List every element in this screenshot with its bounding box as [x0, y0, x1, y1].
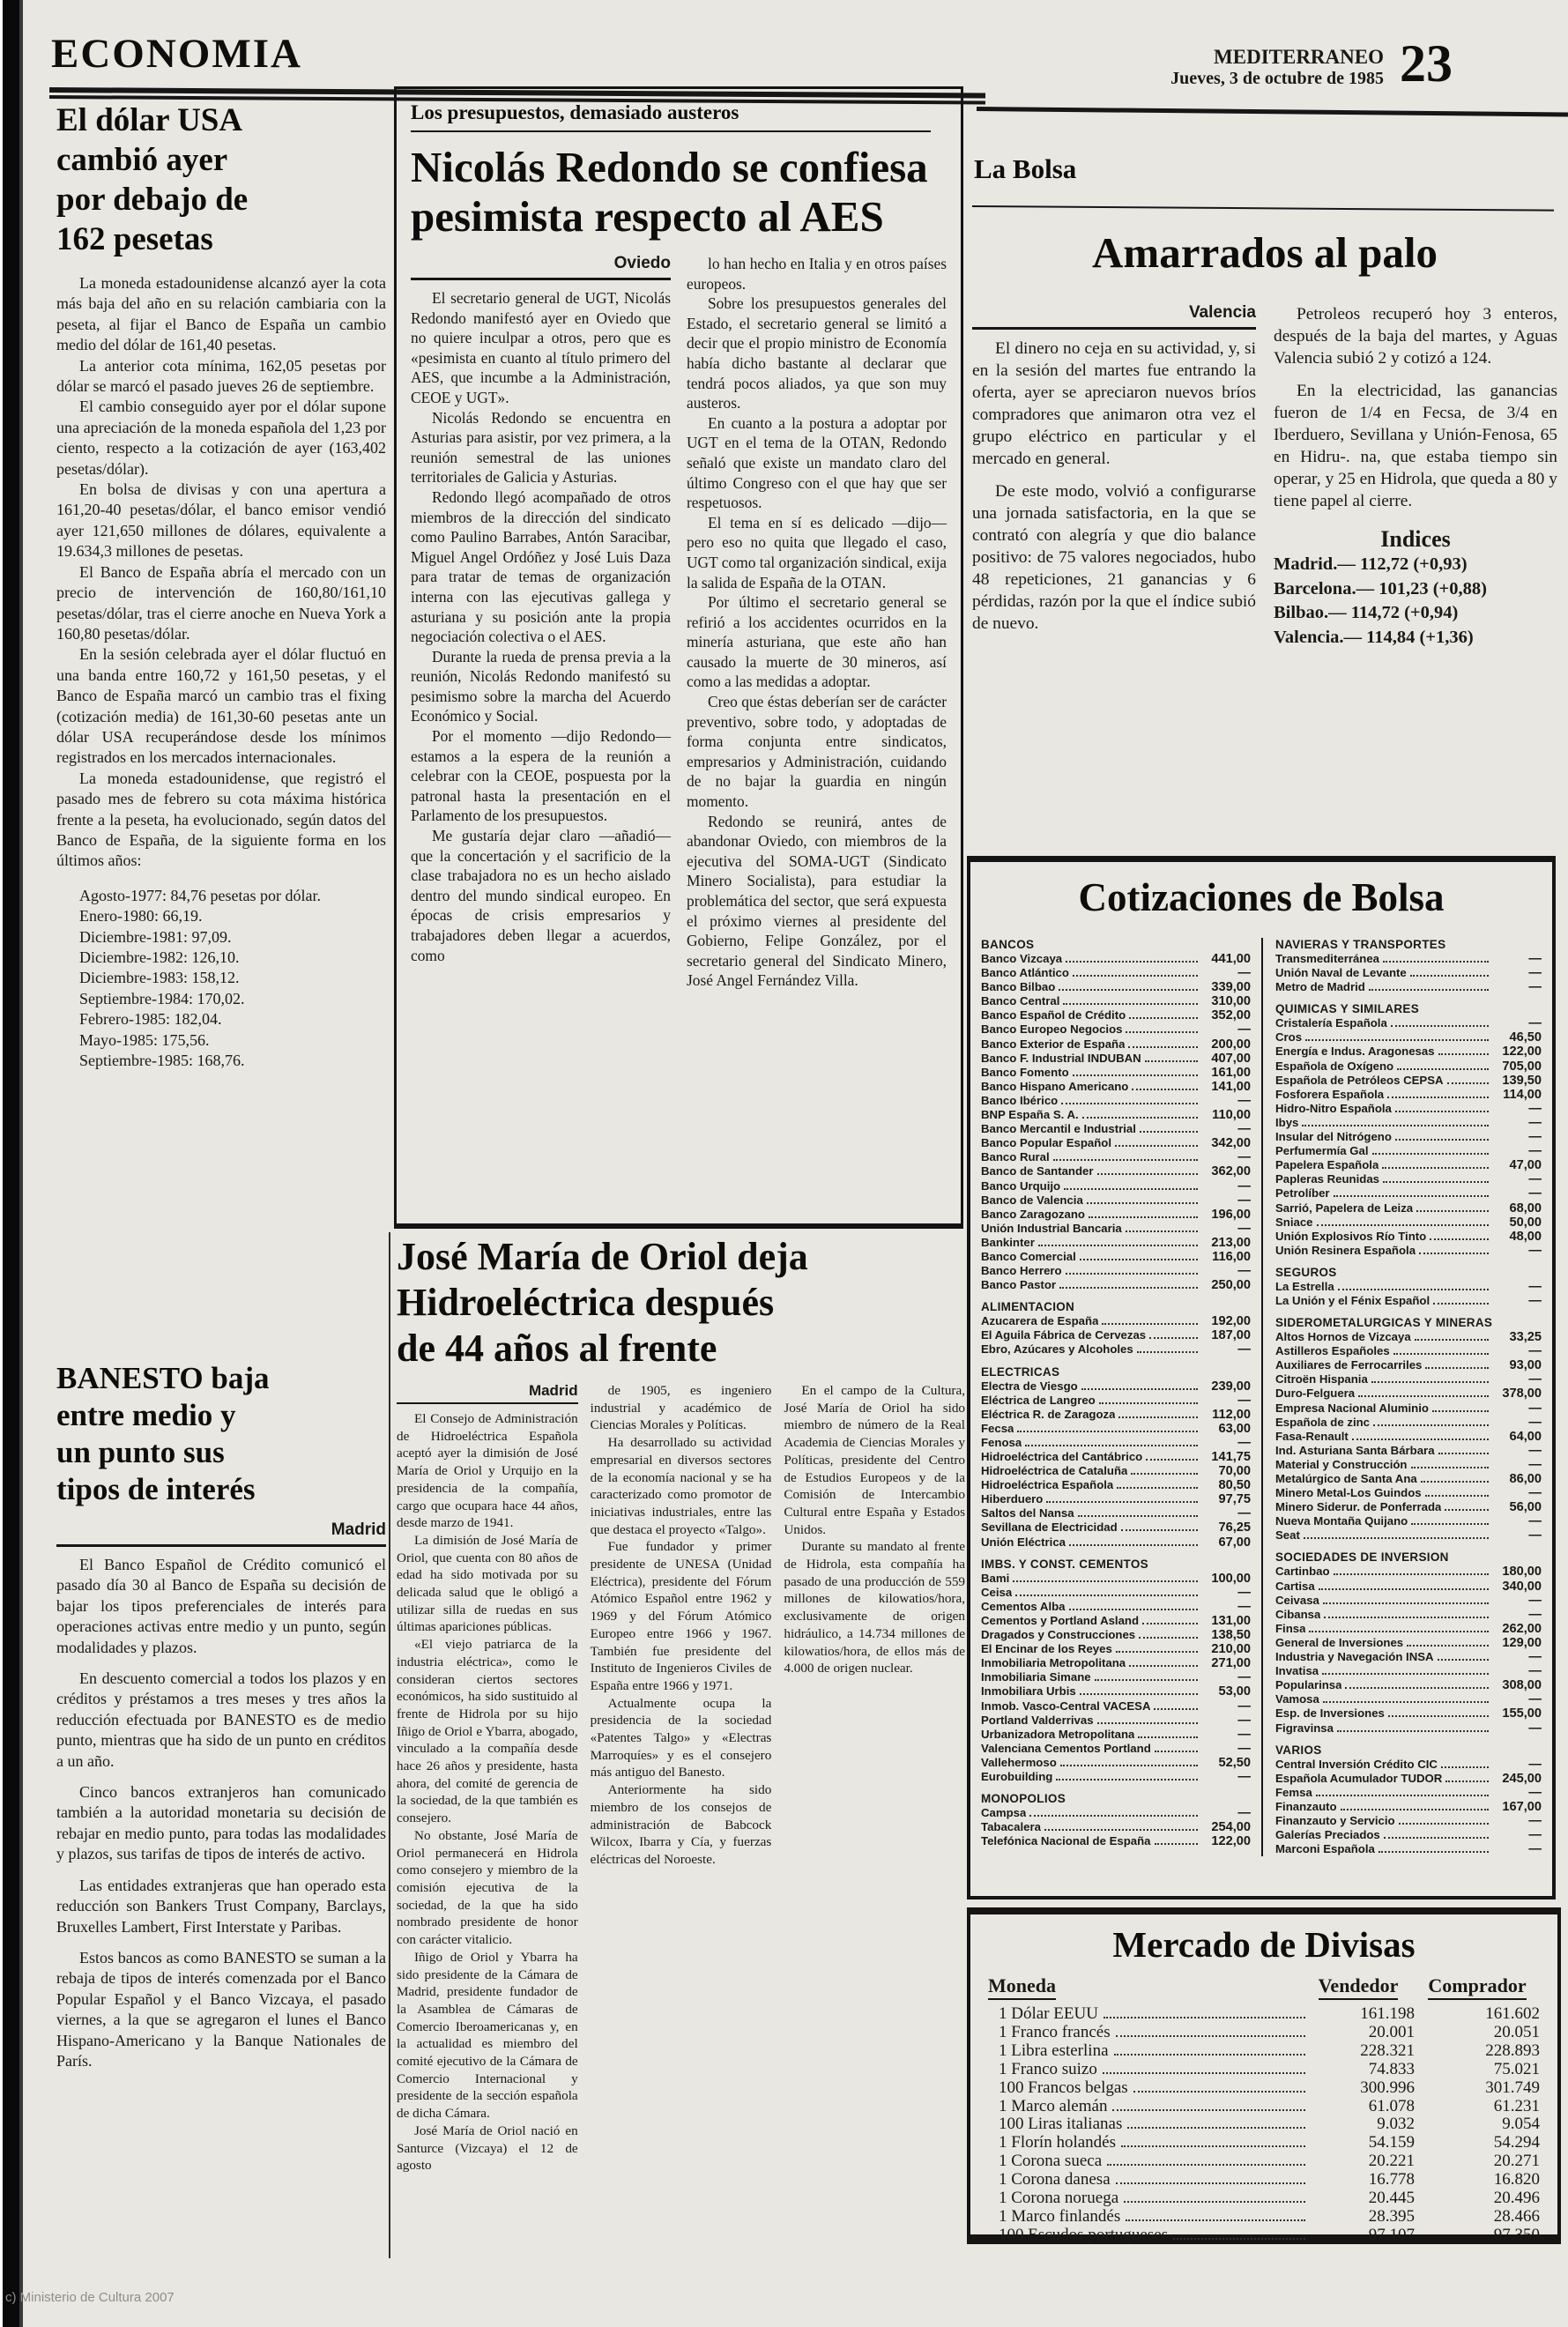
quote-name: Central Inversión Crédito CIC	[1275, 1758, 1438, 1772]
quote-row: Azucarera de España192,00	[981, 1314, 1251, 1328]
dotted-leader	[1419, 1245, 1489, 1254]
currency-name: 1 Corona noruega	[988, 2189, 1118, 2208]
quote-value: —	[1492, 1721, 1542, 1736]
quote-value: —	[1201, 1728, 1251, 1742]
dotted-leader	[1140, 1123, 1198, 1133]
dotted-leader	[1137, 1343, 1198, 1353]
quote-name: Astilleros Españoles	[1275, 1344, 1390, 1358]
dotted-leader	[1425, 1359, 1489, 1369]
quote-name: Ind. Asturiana Santa Bárbara	[1275, 1444, 1435, 1458]
quote-value: —	[1201, 1506, 1251, 1520]
quote-name: Ceisa	[981, 1586, 1012, 1600]
quote-value: 33,25	[1492, 1330, 1542, 1344]
quote-row: General de Inversiones129,00	[1275, 1636, 1542, 1650]
paragraph: Durante su mandato al frente de Hidrola,…	[784, 1538, 965, 1677]
quote-section-header: BANCOS	[981, 938, 1251, 952]
currency-row: 100 Francos belgas300.996301.749	[988, 2079, 1540, 2098]
dotted-leader	[1059, 981, 1198, 991]
dotted-leader	[1127, 2116, 1305, 2129]
dotted-leader	[1421, 1473, 1489, 1483]
quote-row: Ceivasa—	[1275, 1594, 1542, 1608]
quote-name: Banco Rural	[981, 1150, 1050, 1164]
dotted-leader	[1118, 1409, 1198, 1418]
quote-value: —	[1492, 1486, 1542, 1500]
quote-value: —	[1492, 1528, 1542, 1543]
quote-row: Española de zinc—	[1275, 1416, 1542, 1430]
dotted-leader	[1132, 1081, 1198, 1090]
buyer-rate: 301.749	[1415, 2079, 1540, 2098]
quote-value: —	[1492, 1294, 1542, 1308]
divisas-header: Moneda Vendedor Comprador	[988, 1974, 1540, 1997]
bolsa-dateline: Valencia	[972, 303, 1256, 330]
currency-row: 1 Dólar EEUU161.198161.602	[988, 2005, 1540, 2024]
quote-section-header: SEGUROS	[1275, 1266, 1542, 1280]
quote-name: Sniace	[1275, 1216, 1313, 1230]
quote-value: —	[1492, 1814, 1542, 1828]
quote-row: Hidroeléctrica de Cataluña70,00	[981, 1464, 1251, 1478]
quote-row: BNP España S. A.110,00	[981, 1108, 1251, 1122]
dotted-leader	[1104, 2006, 1305, 2018]
quote-name: Auxiliares de Ferrocarriles	[1275, 1358, 1422, 1372]
index-line: Bilbao.— 114,72 (+0,94)	[1274, 601, 1557, 626]
dotted-leader	[1305, 1031, 1489, 1041]
seller-rate: 9.032	[1311, 2115, 1415, 2134]
paragraph: lo han hecho en Italia y en otros países…	[687, 254, 947, 294]
indices-title: Indices	[1274, 526, 1557, 553]
buyer-rate: 61.231	[1415, 2098, 1540, 2116]
quote-value: —	[1492, 1692, 1542, 1706]
quote-row: Fasa-Renault64,00	[1275, 1430, 1542, 1444]
quote-row: Industria y Navegación INSA—	[1275, 1650, 1542, 1664]
dotted-leader	[1323, 1693, 1489, 1703]
dotted-leader	[1338, 1281, 1489, 1290]
paragraph: Petroleos recuperó hoy 3 enteros, despué…	[1274, 303, 1557, 369]
quote-row: Sarrió, Papelera de Leiza68,00	[1275, 1201, 1542, 1216]
dotted-leader	[1044, 1821, 1198, 1831]
quote-value: 63,00	[1201, 1422, 1251, 1436]
quote-value: —	[1492, 1102, 1542, 1116]
dotted-leader	[1317, 1216, 1489, 1226]
dotted-leader	[1121, 2135, 1305, 2147]
quote-name: Banco Español de Crédito	[981, 1008, 1126, 1022]
currency-name: 1 Corona danesa	[988, 2171, 1111, 2189]
dotted-leader	[1384, 1829, 1489, 1839]
paragraph: Fue fundador y primer presidente de UNES…	[591, 1538, 772, 1694]
quote-name: Eurobuilding	[981, 1770, 1052, 1784]
quote-value: 46,50	[1492, 1030, 1542, 1045]
dotted-leader	[1373, 1416, 1489, 1426]
dotted-leader	[1117, 1479, 1198, 1489]
paragraph: El tema en sí es delicado —dijo— pero es…	[687, 513, 947, 592]
redondo-col1-body: El secretario general de UGT, Nicolás Re…	[411, 288, 671, 965]
quote-row: Banco Popular Español342,00	[981, 1136, 1251, 1150]
quote-name: Cros	[1275, 1030, 1302, 1045]
dotted-leader	[1112, 2099, 1305, 2111]
quote-value: 239,00	[1201, 1379, 1251, 1394]
quote-value: —	[1201, 1193, 1251, 1208]
quote-name: Perfumermía Gal	[1275, 1144, 1369, 1158]
quote-row: Banco de Valencia—	[981, 1193, 1251, 1208]
quote-row: Banco F. Industrial INDUBAN407,00	[981, 1052, 1251, 1066]
dotted-leader	[1173, 2227, 1305, 2240]
bolsa-section: La Bolsa Amarrados al palo Valencia El d…	[972, 0, 1557, 855]
quote-value: —	[1201, 1699, 1251, 1714]
quote-value: —	[1201, 1179, 1251, 1193]
redondo-kicker: Los presupuestos, demasiado austeros	[411, 101, 947, 124]
dotted-leader	[1103, 2062, 1305, 2074]
quote-value: —	[1492, 1786, 1542, 1800]
quote-row: Papleras Reunidas—	[1275, 1172, 1542, 1186]
quote-row: Eléctrica de Langreo—	[981, 1394, 1251, 1408]
buyer-rate: 9.054	[1415, 2115, 1540, 2134]
quote-row: Finsa262,00	[1275, 1622, 1542, 1636]
redondo-col2: lo han hecho en Italia y en otros países…	[687, 254, 947, 991]
dotted-leader	[1334, 1565, 1489, 1575]
quote-value: —	[1492, 1608, 1542, 1622]
quote-name: Unión Eléctrica	[981, 1535, 1066, 1550]
quote-section-header: SIDEROMETALURGICAS Y MINERAS	[1275, 1316, 1542, 1330]
paragraph: Agosto-1977: 84,76 pesetas por dólar.	[56, 886, 386, 906]
quote-row: Banco Herrero—	[981, 1264, 1251, 1278]
quote-row: Portland Valderrivas—	[981, 1714, 1251, 1728]
quote-value: 131,00	[1201, 1614, 1251, 1628]
quote-name: Banco Herrero	[981, 1264, 1062, 1278]
dotted-leader	[1323, 1595, 1489, 1604]
quote-value: —	[1492, 1280, 1542, 1294]
quote-row: Popularinsa308,00	[1275, 1678, 1542, 1692]
article-redondo-title: Nicolás Redondo se confiesa pesimista re…	[411, 143, 947, 242]
quote-value: —	[1492, 1664, 1542, 1678]
dotted-leader	[1129, 1657, 1198, 1667]
paragraph: Sobre los presupuestos generales del Est…	[687, 294, 947, 413]
dotted-leader	[1133, 2080, 1305, 2093]
article-redondo: Los presupuestos, demasiado austeros Nic…	[394, 86, 963, 1229]
buyer-rate: 28.466	[1415, 2208, 1540, 2227]
currency-row: 1 Corona sueca20.22120.271	[988, 2152, 1540, 2171]
seller-rate: 20.221	[1311, 2152, 1415, 2171]
quote-value: 122,00	[1492, 1045, 1542, 1059]
paragraph: La dimisión de José María de Oriol, que …	[397, 1532, 578, 1636]
page-title: ECONOMIA	[51, 30, 302, 78]
dotted-leader	[1383, 953, 1489, 963]
dotted-leader	[1399, 1815, 1489, 1825]
dotted-leader	[1382, 1159, 1489, 1169]
quote-row: Vamosa—	[1275, 1692, 1542, 1706]
quote-row: Galerías Preciados—	[1275, 1828, 1542, 1842]
quote-row: Eléctrica R. de Zaragoza112,00	[981, 1408, 1251, 1422]
quote-row: Española de Oxígeno705,00	[1275, 1059, 1542, 1074]
quote-row: Inmobiliara Urbis53,00	[981, 1684, 1251, 1699]
quote-name: Unión Naval de Levante	[1275, 966, 1407, 980]
quote-row: Banco Central310,00	[981, 994, 1251, 1008]
quote-row: Banco Mercantil e Industrial—	[981, 1122, 1251, 1136]
oriol-col1: Madrid El Consejo de Administración de H…	[397, 1382, 578, 2175]
quote-row: Campsa—	[981, 1806, 1251, 1820]
quote-row: Inmob. Vasco-Central VACESA—	[981, 1699, 1251, 1714]
redondo-col2-body: lo han hecho en Italia y en otros países…	[687, 254, 947, 991]
quote-row: Inmobiliaria Simane—	[981, 1670, 1251, 1684]
dotted-leader	[1025, 1437, 1198, 1446]
cotizaciones-title: Cotizaciones de Bolsa	[981, 874, 1542, 920]
quote-value: 122,00	[1201, 1834, 1251, 1848]
quote-name: Telefónica Nacional de España	[981, 1834, 1151, 1848]
quote-row: Bankinter213,00	[981, 1236, 1251, 1250]
article-oriol-title: José María de Oriol deja Hidroeléctrica …	[397, 1234, 965, 1372]
paragraph: Anteriormente ha sido miembro de los con…	[591, 1781, 772, 1869]
dotted-leader	[1352, 1431, 1489, 1440]
buyer-rate: 161.602	[1415, 2005, 1540, 2024]
quote-name: Fecsa	[981, 1422, 1014, 1436]
quote-row: Central Inversión Crédito CIC—	[1275, 1758, 1542, 1772]
article-bolsa-title: Amarrados al palo	[972, 227, 1557, 278]
quote-row: Figravinsa—	[1275, 1721, 1542, 1736]
paragraph: La anterior cota mínima, 162,05 pesetas …	[56, 356, 386, 398]
quote-row: Minero Metal-Los Guindos—	[1275, 1486, 1542, 1500]
dotted-leader	[1322, 1665, 1489, 1675]
paragraph: El Banco Español de Crédito comunicó el …	[56, 1555, 386, 1658]
quote-row: Finanzauto y Servicio—	[1275, 1814, 1542, 1828]
dotted-leader	[1069, 1536, 1198, 1546]
dotted-leader	[1017, 1423, 1198, 1432]
quote-row: Citroën Hispania—	[1275, 1372, 1542, 1387]
quote-row: Seat—	[1275, 1528, 1542, 1543]
paragraph: Enero-1980: 66,19.	[56, 906, 386, 926]
oriol-col1-body: El Consejo de Administración de Hidroelé…	[397, 1410, 578, 2175]
dotted-leader	[1060, 1757, 1198, 1766]
quote-name: Española Acumulador TUDOR	[1275, 1772, 1442, 1786]
quote-name: Minero Metal-Los Guindos	[1275, 1486, 1422, 1500]
quote-name: Vamosa	[1275, 1692, 1319, 1706]
paragraph: Iñigo de Oriol y Ybarra ha sido presiden…	[397, 1949, 578, 2123]
scan-edge	[0, 0, 23, 2327]
quote-value: —	[1492, 1130, 1542, 1144]
buyer-rate: 16.820	[1415, 2171, 1540, 2189]
quote-name: Banco Atlántico	[981, 966, 1069, 980]
dotted-leader	[1078, 1507, 1198, 1517]
quote-section-header: QUIMICAS Y SIMILARES	[1275, 1002, 1542, 1016]
quote-value: —	[1492, 1828, 1542, 1842]
quote-value: 116,00	[1201, 1250, 1251, 1264]
quote-name: El Aguila Fábrica de Cervezas	[981, 1328, 1146, 1342]
quote-row: Marconi Española—	[1275, 1842, 1542, 1856]
dotted-leader	[1393, 1345, 1489, 1355]
quote-name: Metalúrgico de Santa Ana	[1275, 1472, 1417, 1486]
quote-name: El Encinar de los Reyes	[981, 1642, 1112, 1656]
buyer-rate: 54.294	[1415, 2134, 1540, 2152]
currency-name: 100 Liras italianas	[988, 2115, 1122, 2134]
quote-value: —	[1201, 1436, 1251, 1450]
quote-row: Perfumermía Gal—	[1275, 1144, 1542, 1158]
article-dolar: El dólar USA cambió ayer por debajo de 1…	[56, 100, 386, 1071]
quote-row: Hiberduero97,75	[981, 1492, 1251, 1506]
quote-row: Auxiliares de Ferrocarriles93,00	[1275, 1358, 1542, 1372]
quote-name: Banco Fomento	[981, 1066, 1069, 1080]
quote-value: —	[1492, 1172, 1542, 1186]
dotted-leader	[1080, 1251, 1198, 1260]
dotted-leader	[1302, 1117, 1489, 1126]
quote-name: Hidroeléctrica de Cataluña	[981, 1464, 1127, 1478]
quote-value: —	[1201, 1222, 1251, 1236]
quote-row: Metro de Madrid—	[1275, 980, 1542, 994]
quote-name: Bami	[981, 1572, 1009, 1586]
quote-value: 340,00	[1492, 1580, 1542, 1594]
dotted-leader	[1142, 1615, 1198, 1624]
quote-value: 196,00	[1201, 1208, 1251, 1222]
quote-name: Banco F. Industrial INDUBAN	[981, 1052, 1141, 1066]
paragraph: El dinero no ceja en su actividad, y, si…	[972, 338, 1256, 470]
redondo-dateline: Oviedo	[411, 254, 671, 280]
paragraph: «El viejo patriarca de la industria eléc…	[397, 1636, 578, 1827]
quote-value: —	[1201, 1122, 1251, 1136]
dotted-leader	[1316, 1787, 1489, 1796]
paragraph: Redondo llegó acompañado de otros miembr…	[411, 487, 671, 647]
dotted-leader	[1029, 1807, 1198, 1817]
quote-name: Banco Pastor	[981, 1278, 1056, 1292]
quote-value: —	[1201, 1264, 1251, 1278]
quote-name: Banco de Valencia	[981, 1193, 1083, 1208]
quote-name: Unión Explosivos Río Tinto	[1275, 1230, 1426, 1244]
bolsa-col2-body: Petroleos recuperó hoy 3 enteros, despué…	[1274, 303, 1557, 512]
article-banesto-body: El Banco Español de Crédito comunicó el …	[56, 1555, 386, 2071]
dotted-leader	[1116, 2172, 1305, 2184]
quote-name: Eléctrica de Langreo	[981, 1394, 1096, 1408]
quote-row: Cristalería Española—	[1275, 1016, 1542, 1030]
quote-row: Insular del Nitrógeno—	[1275, 1130, 1542, 1144]
quote-name: Española de zinc	[1275, 1416, 1370, 1430]
bolsa-section-label: La Bolsa	[974, 153, 1076, 185]
quote-row: Banco Ibérico—	[981, 1094, 1251, 1108]
dotted-leader	[1407, 1637, 1489, 1647]
paragraph: José María de Oriol nació en Santurce (V…	[397, 2123, 578, 2175]
dotted-leader	[1073, 967, 1198, 977]
quote-value: —	[1492, 1514, 1542, 1528]
paragraph: Diciembre-1982: 126,10.	[56, 948, 386, 968]
column-divider	[389, 1232, 390, 2258]
quote-row: Cementos Alba—	[981, 1600, 1251, 1614]
currency-name: 100 Francos belgas	[988, 2079, 1128, 2098]
quote-row: Metalúrgico de Santa Ana86,00	[1275, 1472, 1542, 1486]
quote-row: Banco Zaragozano196,00	[981, 1208, 1251, 1222]
quote-name: Fasa-Renault	[1275, 1430, 1349, 1444]
indices-block: Indices Madrid.— 112,72 (+0,93)Barcelona…	[1274, 526, 1557, 650]
dotted-leader	[1383, 1173, 1489, 1183]
dotted-leader	[1066, 1265, 1198, 1275]
quote-name: Material y Construcción	[1275, 1458, 1408, 1472]
quote-row: Empresa Nacional Aluminio—	[1275, 1401, 1542, 1416]
dotted-leader	[1087, 1194, 1198, 1204]
quote-value: —	[1492, 1444, 1542, 1458]
quote-name: Bankinter	[981, 1236, 1035, 1250]
quote-value: 70,00	[1201, 1464, 1251, 1478]
quote-value: 210,00	[1201, 1642, 1251, 1656]
quote-name: Transmediterránea	[1275, 952, 1379, 966]
quote-value: 139,50	[1492, 1074, 1542, 1088]
dotted-leader	[1124, 2190, 1305, 2203]
paragraph: La moneda estadounidense, que registró e…	[56, 769, 386, 872]
quote-row: Ebro, Azúcares y Alcoholes—	[981, 1342, 1251, 1357]
paragraph: El secretario general de UGT, Nicolás Re…	[411, 288, 671, 408]
quote-value: 161,00	[1201, 1066, 1251, 1080]
quote-section-header: SOCIEDADES DE INVERSION	[1275, 1550, 1542, 1565]
buyer-rate: 228.893	[1415, 2042, 1540, 2061]
dotted-leader	[1411, 1515, 1489, 1525]
dotted-leader	[1341, 1801, 1489, 1810]
quote-value: —	[1201, 1806, 1251, 1820]
dotted-leader	[1432, 1402, 1489, 1412]
quote-section-header: IMBS. Y CONST. CEMENTOS	[981, 1558, 1251, 1572]
quote-section-header: VARIOS	[1275, 1743, 1542, 1758]
dotted-leader	[1430, 1230, 1489, 1240]
quote-row: Material y Construcción—	[1275, 1458, 1542, 1472]
paragraph: Febrero-1985: 182,04.	[56, 1009, 386, 1030]
quote-name: Banco Europeo Negocios	[981, 1022, 1122, 1037]
buyer-rate: 97.350	[1415, 2227, 1540, 2245]
quote-value: —	[1492, 1116, 1542, 1130]
quote-name: Hiberduero	[981, 1492, 1043, 1506]
newspaper-page: ECONOMIA MEDITERRANEO Jueves, 3 de octub…	[0, 0, 1568, 2327]
quote-name: Ebro, Azúcares y Alcoholes	[981, 1342, 1133, 1357]
quote-value: 86,00	[1492, 1472, 1542, 1486]
quote-value: 112,00	[1201, 1408, 1251, 1422]
quote-name: Banco Hispano Americano	[981, 1080, 1128, 1094]
currency-name: 100 Escudos portugueses	[988, 2227, 1168, 2245]
dotted-leader	[1441, 1758, 1489, 1768]
quote-name: Portland Valderrivas	[981, 1714, 1094, 1728]
dotted-leader	[1116, 1643, 1198, 1653]
paragraph: Mayo-1985: 175,56.	[56, 1030, 386, 1051]
currency-name: 1 Florín holandés	[988, 2134, 1116, 2152]
quote-name: Altos Hornos de Vizcaya	[1275, 1330, 1411, 1344]
quote-name: Sarrió, Papelera de Leiza	[1275, 1201, 1413, 1216]
divisas-header-vendedor: Vendedor	[1302, 1974, 1415, 1997]
quote-value: —	[1201, 1342, 1251, 1357]
paragraph: Septiembre-1984: 170,02.	[56, 989, 386, 1009]
quote-row: Unión Naval de Levante—	[1275, 966, 1542, 980]
paragraph: Las entidades extranjeras que han operad…	[56, 1876, 386, 1937]
quote-name: Vallehermoso	[981, 1756, 1057, 1770]
quote-name: Saltos del Nansa	[981, 1506, 1074, 1520]
dotted-leader	[1447, 1074, 1489, 1084]
quote-value: —	[1492, 1144, 1542, 1158]
currency-rows: 1 Dólar EEUU161.198161.6021 Franco franc…	[988, 2005, 1540, 2245]
quote-row: Banco Español de Crédito352,00	[981, 1008, 1251, 1022]
divisas-table: Mercado de Divisas Moneda Vendedor Compr…	[967, 1907, 1561, 2244]
dotted-leader	[1309, 1623, 1489, 1632]
quote-name: Azucarera de España	[981, 1314, 1098, 1328]
quote-name: Citroën Hispania	[1275, 1372, 1368, 1387]
dotted-leader	[1129, 1009, 1198, 1019]
quote-name: Galerías Preciados	[1275, 1828, 1380, 1842]
quote-value: 407,00	[1201, 1052, 1251, 1066]
quote-row: La Estrella—	[1275, 1280, 1542, 1294]
quotes-column-left: BANCOSBanco Vizcaya441,00Banco Atlántico…	[981, 938, 1261, 1856]
dotted-leader	[1053, 1151, 1198, 1161]
paragraph: Por el momento —dijo Redondo— estamos a …	[411, 726, 671, 826]
quote-row: Valenciana Cementos Portland—	[981, 1742, 1251, 1756]
indices-list: Madrid.— 112,72 (+0,93)Barcelona.— 101,2…	[1274, 553, 1557, 650]
bolsa-rule	[972, 205, 1554, 212]
quote-name: Empresa Nacional Aluminio	[1275, 1401, 1429, 1416]
quote-row: Urbanizadora Metropolitana—	[981, 1728, 1251, 1742]
dotted-leader	[1155, 1835, 1199, 1845]
dotted-leader	[1416, 1202, 1489, 1212]
dotted-leader	[1388, 1707, 1489, 1717]
quote-row: Unión Resinera Española—	[1275, 1244, 1542, 1258]
quote-name: La Estrella	[1275, 1280, 1334, 1294]
quote-value: 310,00	[1201, 994, 1251, 1008]
dotted-leader	[1438, 1045, 1489, 1055]
dotted-leader	[1121, 1521, 1198, 1531]
